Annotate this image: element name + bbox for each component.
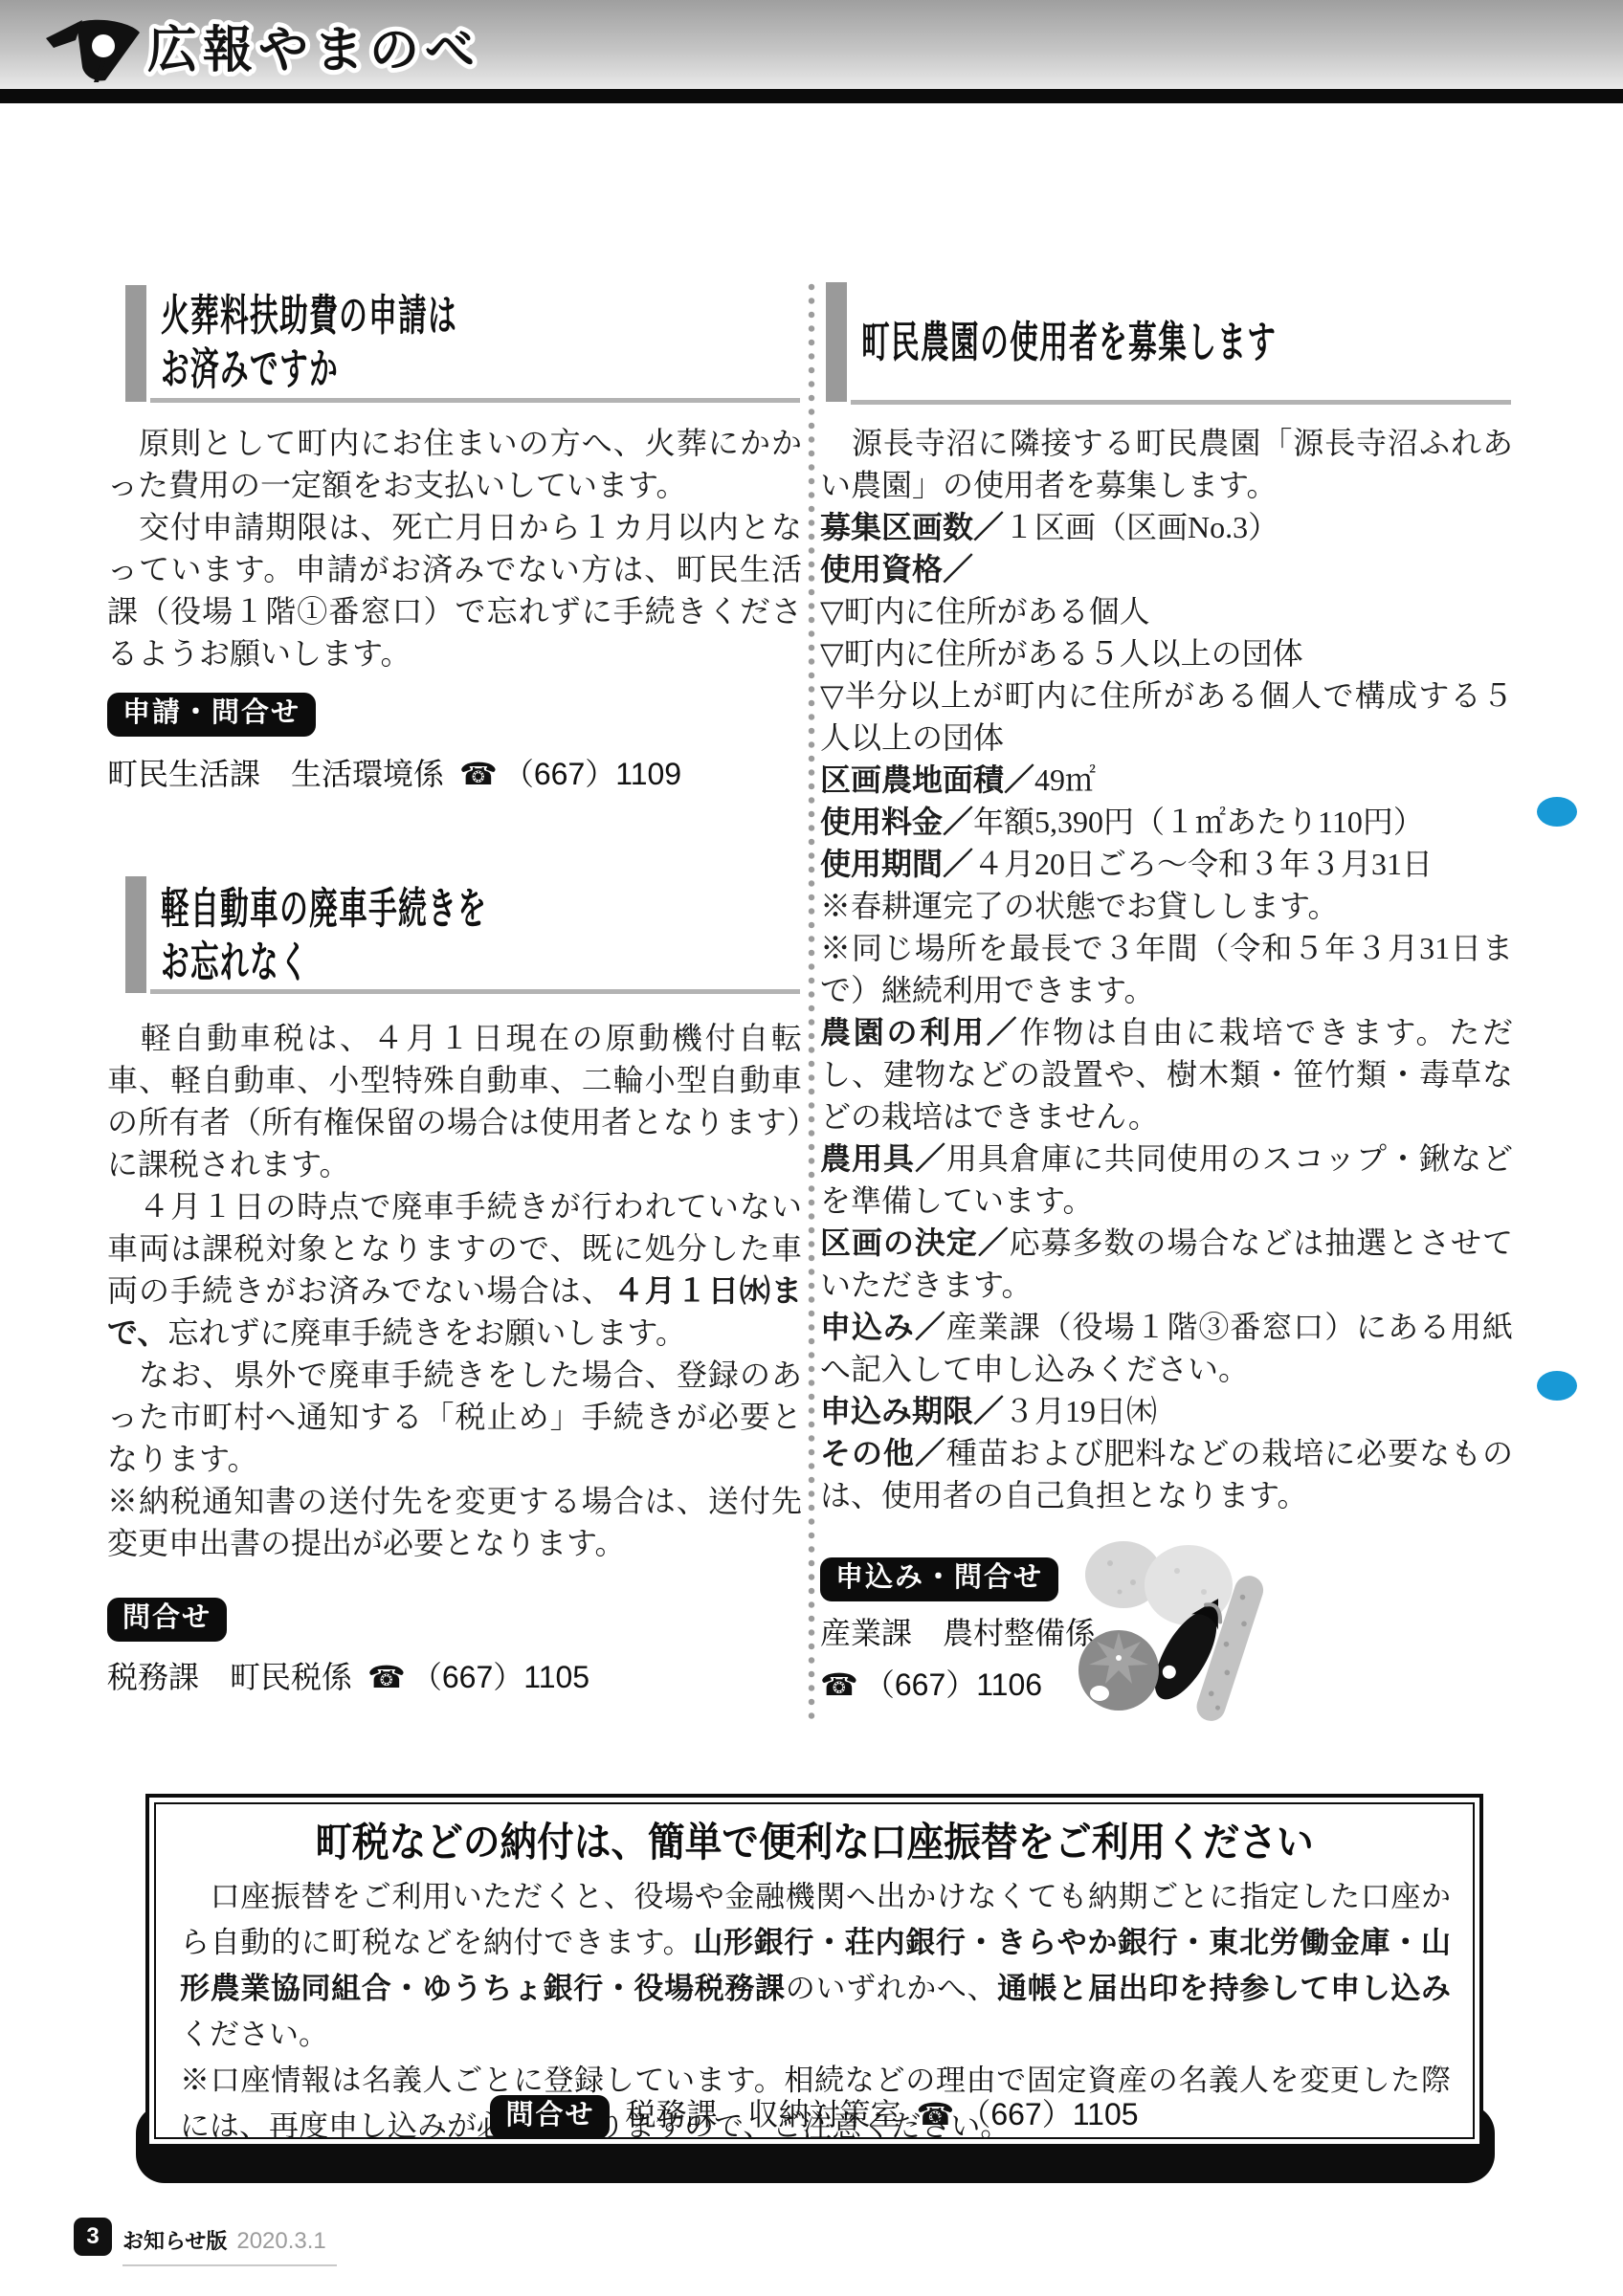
item-label: 区画農地面積／ xyxy=(820,762,1034,797)
contact-name: 産業課 農村整備係 xyxy=(820,1616,1096,1650)
paragraph: 口座振替をご利用いただくと、役場や金融機関へ出かけなくても納期ごとに指定した口座… xyxy=(180,1874,1451,2058)
farm-info-item: 申込み／産業課（役場１階③番窓口）にある用紙へ記入して申し込みください。 xyxy=(820,1306,1513,1390)
article2-title-line2: お忘れなく xyxy=(161,936,487,989)
farm-contact-name: 産業課 農村整備係 xyxy=(820,1609,1096,1653)
item-text: ▽町内に住所がある個人 xyxy=(820,594,1150,629)
contact-name: 町民生活課 生活環境係 xyxy=(107,757,444,791)
article1-title: 火葬料扶助費の申請は お済みですか xyxy=(161,289,457,396)
farm-info-item: ※春耕運完了の状態でお貸しします。 xyxy=(820,885,1513,927)
item-text: １区画（区画No.3） xyxy=(1004,510,1278,544)
item-label: 農園の利用／ xyxy=(820,1015,1019,1049)
contact-phone: （667）1109 xyxy=(503,757,681,791)
article1-body: 原則として町内にお住まいの方へ、火葬にかかった費用の一定額をお支払いしています。… xyxy=(107,422,802,674)
masthead-title: 広報やまのべ xyxy=(144,19,603,82)
phone-icon: ☎ xyxy=(916,2097,954,2131)
farm-info-item: 農用具／用具倉庫に共同使用のスコップ・鍬などを準備しています。 xyxy=(820,1137,1513,1222)
footer-edition-label: お知らせ版 xyxy=(122,2229,227,2253)
contact-phone: （667）1106 xyxy=(864,1667,1042,1702)
item-text: ▽町内に住所がある５人以上の団体 xyxy=(820,636,1303,671)
article2-contact-badge: 問合せ xyxy=(107,1598,227,1642)
paragraph: 源長寺沼に隣接する町民農園「源長寺沼ふれあい農園」の使用者を募集します。 xyxy=(820,422,1513,506)
contact-name: 税務課 収納対策室 xyxy=(625,2097,900,2131)
article2-title-line1: 軽自動車の廃車手続きを xyxy=(161,882,487,936)
item-text: ▽半分以上が町内に住所がある個人で構成する５人以上の団体 xyxy=(820,678,1513,755)
item-label: 申込み／ xyxy=(820,1310,946,1344)
page-number-chip: 3 xyxy=(74,2218,112,2256)
footer-date: 2020.3.1 xyxy=(236,2228,325,2254)
notice-contact-badge: 問合せ xyxy=(490,2095,610,2139)
bring-items-emphasis: 通帳と届出印を持参して申し込み xyxy=(997,1972,1451,2005)
farm-info-item: 使用資格／ xyxy=(820,548,1513,590)
item-text: ３月19日㈭ xyxy=(1004,1394,1157,1428)
vegetables-illustration xyxy=(1074,1533,1270,1729)
farm-info-item: 申込み期限／３月19日㈭ xyxy=(820,1390,1513,1432)
item-label: その他／ xyxy=(820,1436,946,1470)
item-label: 使用料金／ xyxy=(820,805,973,839)
farm-article-title-rule xyxy=(851,400,1511,405)
notice-box: 町税などの納付は、簡単で便利な口座振替をご利用ください 口座振替をご利用いただく… xyxy=(145,1794,1483,2148)
phone-icon: ☎ xyxy=(459,757,498,791)
article2-body: 軽自動車税は、４月１日現在の原動機付自転車、軽自動車、小型特殊自動車、二輪小型自… xyxy=(107,1017,802,1564)
article2-contact: 税務課 町民税係☎（667）1105 xyxy=(107,1653,589,1697)
paragraph-text: ください。 xyxy=(180,2018,328,2051)
item-text: ※同じ場所を最長で３年間（令和５年３月31日まで）継続利用できます。 xyxy=(820,931,1513,1007)
farm-info-item: ※同じ場所を最長で３年間（令和５年３月31日まで）継続利用できます。 xyxy=(820,927,1513,1011)
farm-info-item: 使用料金／年額5,390円（１㎡あたり110円） xyxy=(820,801,1513,843)
farm-info-item: ▽町内に住所がある５人以上の団体 xyxy=(820,632,1513,674)
paragraph: 原則として町内にお住まいの方へ、火葬にかかった費用の一定額をお支払いしています。 xyxy=(107,422,802,506)
farm-contact-badge: 申込み・問合せ xyxy=(820,1557,1058,1601)
newsletter-page: 広報やまのべ 火葬料扶助費の申請は お済みですか 原則として町内にお住まいの方へ… xyxy=(0,0,1623,2296)
item-label: 使用資格／ xyxy=(820,552,973,586)
article1-title-line2: お済みですか xyxy=(161,342,457,396)
paragraph: 軽自動車税は、４月１日現在の原動機付自転車、軽自動車、小型特殊自動車、二輪小型自… xyxy=(107,1017,802,1185)
article1-title-rule xyxy=(150,398,800,403)
article2-title-rule xyxy=(150,989,800,994)
farm-info-item: 区画農地面積／49㎡ xyxy=(820,759,1513,801)
farm-article-body: 源長寺沼に隣接する町民農園「源長寺沼ふれあい農園」の使用者を募集します。 募集区… xyxy=(820,422,1513,1516)
item-text: ※春耕運完了の状態でお貸しします。 xyxy=(820,889,1338,923)
contact-phone: （667）1105 xyxy=(411,1660,589,1694)
masthead-title-text: 広報やまのべ xyxy=(147,23,480,78)
article1-contact: 町民生活課 生活環境係☎（667）1109 xyxy=(107,750,681,794)
accent-dot-blue xyxy=(1537,797,1577,827)
article2-title: 軽自動車の廃車手続きを お忘れなく xyxy=(161,882,487,989)
farm-info-item: 募集区画数／１区画（区画No.3） xyxy=(820,506,1513,548)
farm-info-item: 区画の決定／応募多数の場合などは抽選とさせていただきます。 xyxy=(820,1222,1513,1306)
masthead-divider-bar xyxy=(0,89,1623,103)
masthead: 広報やまのべ xyxy=(0,0,1623,89)
phone-icon: ☎ xyxy=(367,1660,406,1694)
paragraph: ４月１日の時点で廃車手続きが行われていない車両は課税対象となりますので、既に処分… xyxy=(107,1185,802,1354)
paragraph: ※納税通知書の送付先を変更する場合は、送付先変更申出書の提出が必要となります。 xyxy=(107,1480,802,1564)
tomato-icon xyxy=(1078,1630,1159,1711)
town-emblem-logo xyxy=(44,17,145,84)
farm-info-item: ▽町内に住所がある個人 xyxy=(820,590,1513,632)
farm-info-item: 農園の利用／作物は自由に栽培できます。ただし、建物などの設置や、樹木類・笹竹類・… xyxy=(820,1011,1513,1137)
notice-contact: 問合せ税務課 収納対策室☎（667）1105 xyxy=(149,2090,1479,2139)
article1-contact-badge: 申請・問合せ xyxy=(107,693,316,737)
item-label: 募集区画数／ xyxy=(820,510,1004,544)
item-label: 申込み期限／ xyxy=(820,1394,1004,1428)
item-text: 年額5,390円（１㎡あたり110円） xyxy=(973,805,1424,839)
farm-info-item: 使用期間／４月20日ごろ～令和３年３月31日 xyxy=(820,843,1513,885)
item-label: 区画の決定／ xyxy=(820,1225,1010,1260)
item-label: 使用期間／ xyxy=(820,847,973,881)
article2-title-bar xyxy=(125,876,146,993)
column-divider-dotted xyxy=(808,283,815,1726)
phone-icon: ☎ xyxy=(820,1667,858,1702)
notice-box-title: 町税などの納付は、簡単で便利な口座振替をご利用ください xyxy=(203,1811,1427,1868)
item-label: 農用具／ xyxy=(820,1141,946,1176)
item-text: ４月20日ごろ～令和３年３月31日 xyxy=(973,847,1433,881)
article1-title-bar xyxy=(125,285,146,402)
contact-name: 税務課 町民税係 xyxy=(107,1660,352,1694)
farm-article-title: 町民農園の使用者を募集します xyxy=(861,316,1277,369)
farm-contact-phone: ☎（667）1106 xyxy=(820,1661,1042,1705)
farm-article-title-bar xyxy=(826,282,847,402)
farm-article-title-line: 町民農園の使用者を募集します xyxy=(861,316,1277,369)
farm-info-item: その他／種苗および肥料などの栽培に必要なものは、使用者の自己負担となります。 xyxy=(820,1432,1513,1516)
item-text: 49㎡ xyxy=(1034,762,1096,797)
paragraph-text: のいずれかへ、 xyxy=(786,1972,997,2005)
accent-dot-blue xyxy=(1537,1371,1577,1401)
footer: お知らせ版2020.3.1 xyxy=(122,2225,337,2266)
farm-info-item: ▽半分以上が町内に住所がある個人で構成する５人以上の団体 xyxy=(820,674,1513,759)
paragraph-text: 忘れずに廃車手続きをお願いします。 xyxy=(167,1315,685,1350)
paragraph: 交付申請期限は、死亡月日から１カ月以内となっています。申請がお済みでない方は、町… xyxy=(107,506,802,674)
article1-title-line1: 火葬料扶助費の申請は xyxy=(161,289,457,342)
contact-phone: （667）1105 xyxy=(960,2097,1138,2131)
paragraph: なお、県外で廃車手続きをした場合、登録のあった市町村へ通知する「税止め」手続きが… xyxy=(107,1354,802,1480)
